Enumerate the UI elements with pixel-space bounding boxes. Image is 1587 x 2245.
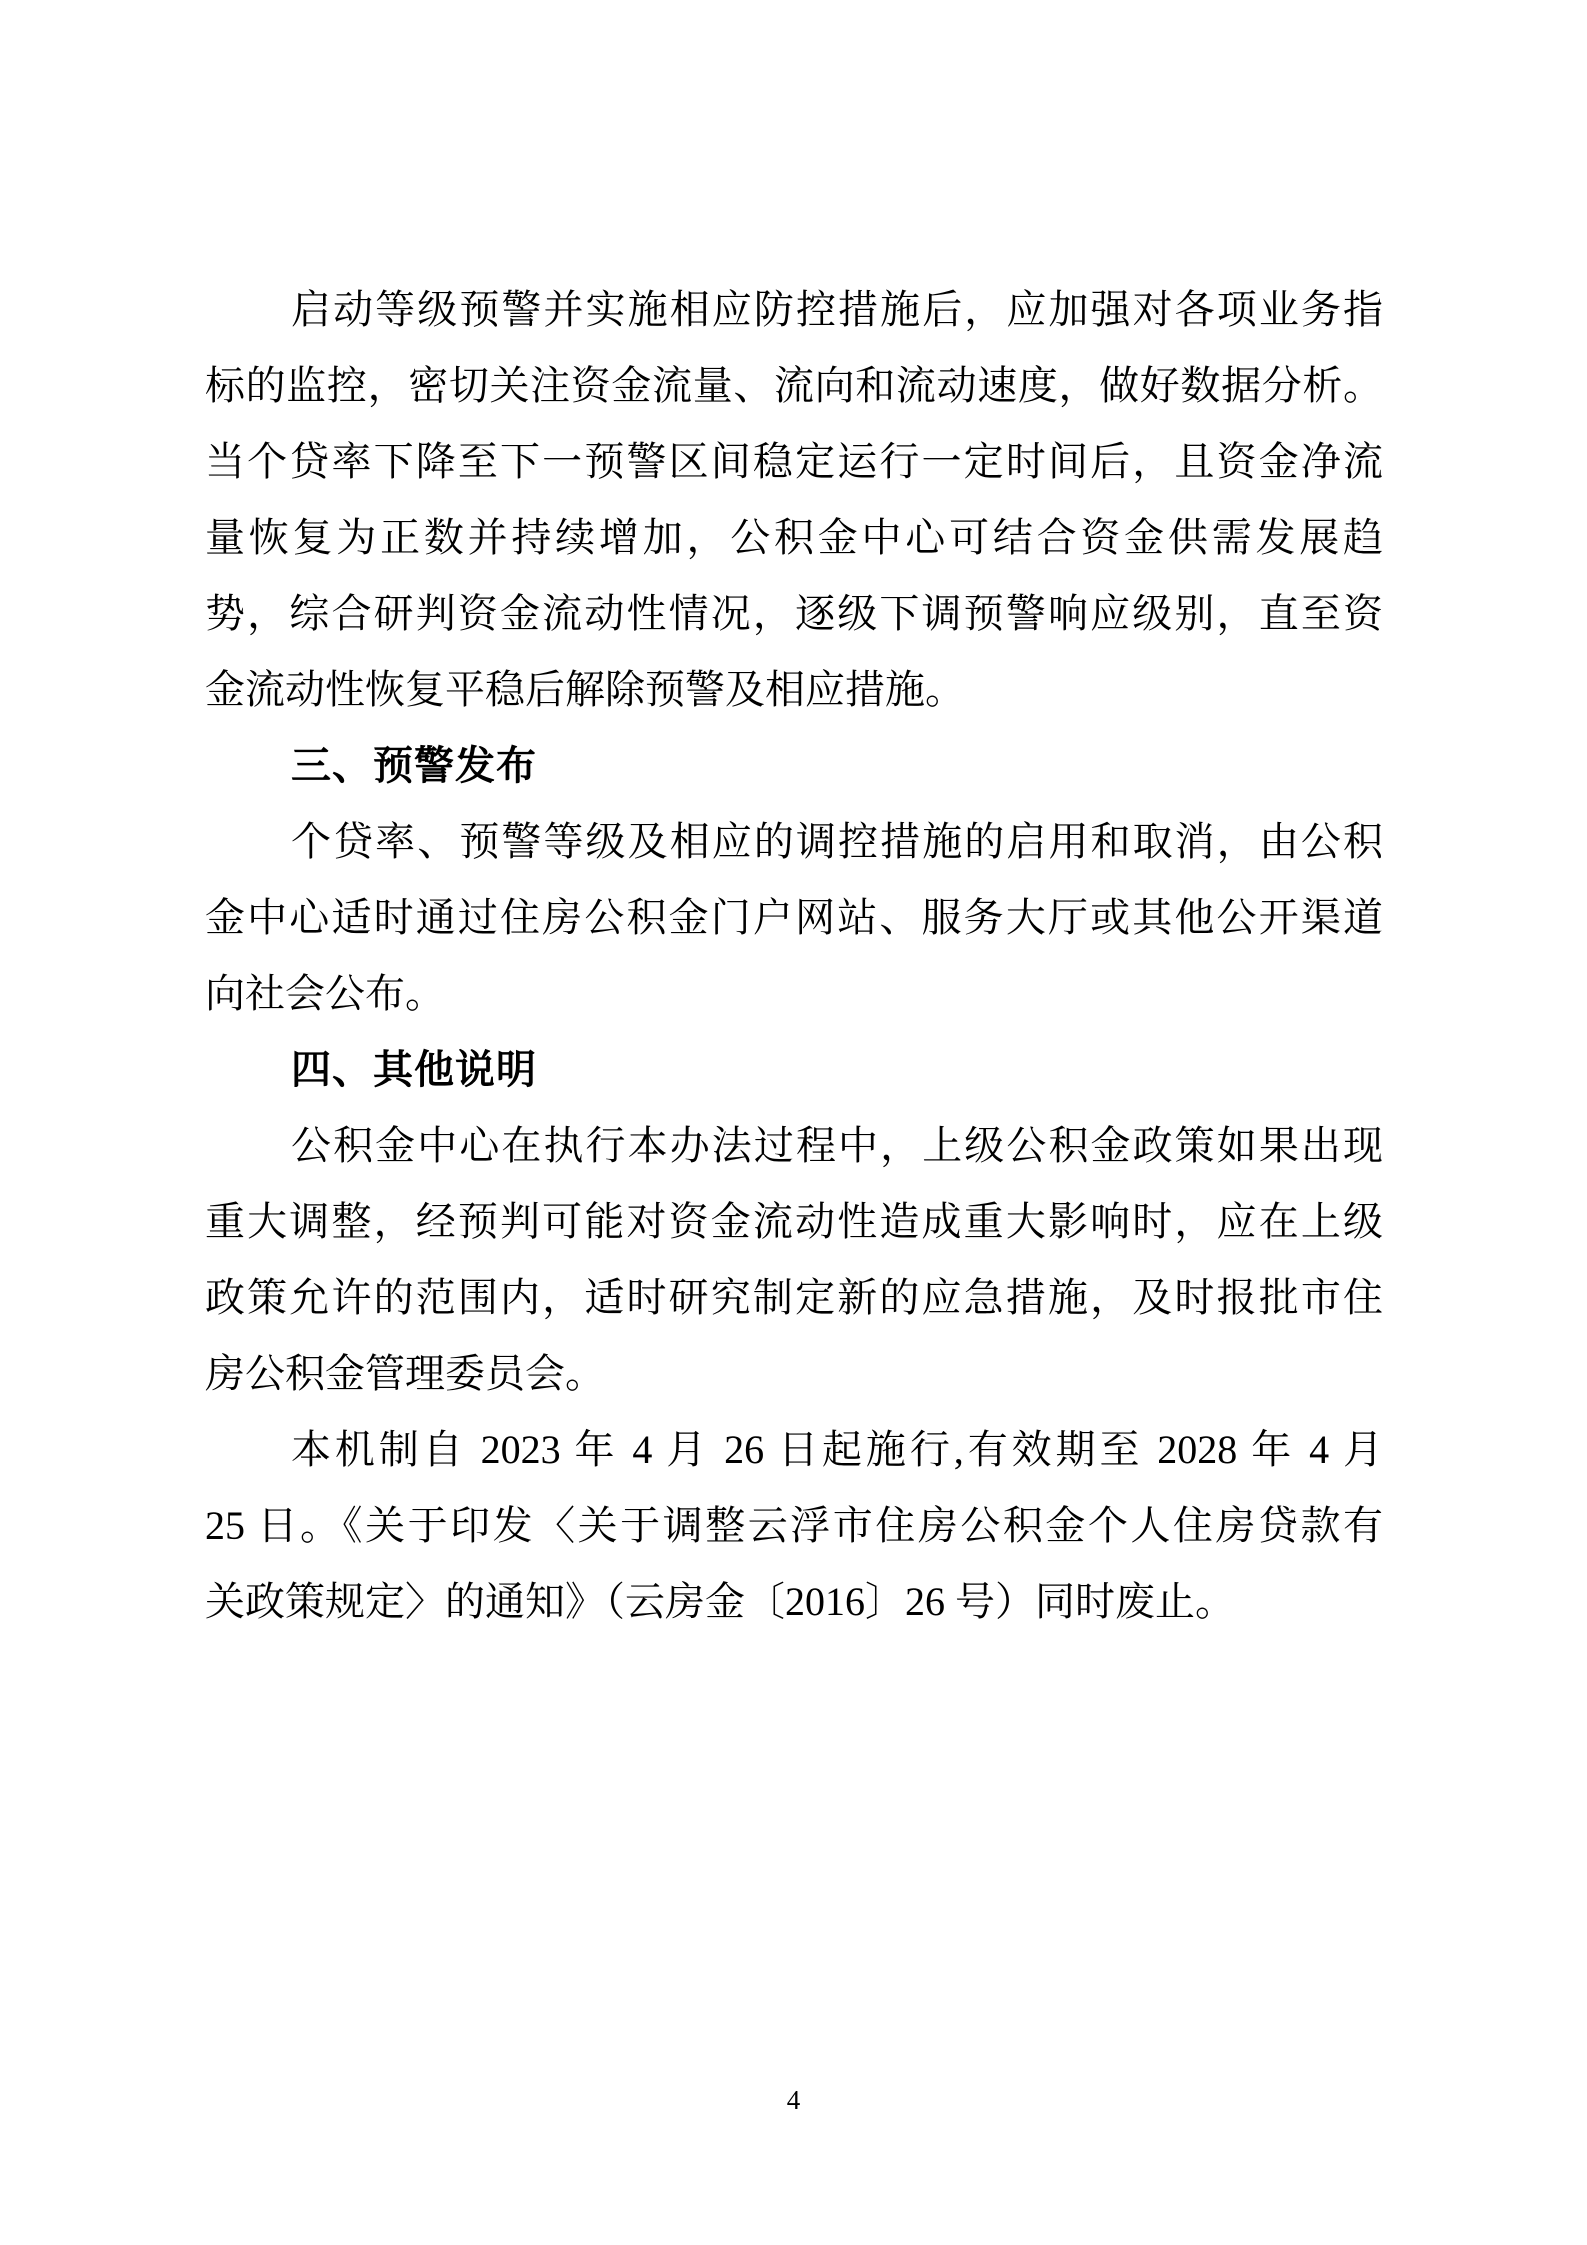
paragraph-line: 势，综合研判资金流动性情况，逐级下调预警响应级别，直至资 — [205, 576, 1383, 652]
paragraph-line: 当个贷率下降至下一预警区间稳定运行一定时间后，且资金净流 — [205, 424, 1383, 500]
section-heading-4: 四、其他说明 — [205, 1032, 1383, 1108]
paragraph-line: 本机制自 2023 年 4 月 26 日起施行,有效期至 2028 年 4 月 — [205, 1412, 1383, 1488]
paragraph-line: 房公积金管理委员会。 — [205, 1336, 1383, 1412]
paragraph-line: 25 日。《关于印发〈关于调整云浮市住房公积金个人住房贷款有 — [205, 1488, 1383, 1564]
document-page: 启动等级预警并实施相应防控措施后，应加强对各项业务指 标的监控，密切关注资金流量… — [0, 0, 1587, 2245]
paragraph-line: 标的监控，密切关注资金流量、流向和流动速度，做好数据分析。 — [205, 348, 1383, 424]
paragraph-line: 启动等级预警并实施相应防控措施后，应加强对各项业务指 — [205, 272, 1383, 348]
page-number: 4 — [0, 2082, 1587, 2118]
paragraph-line: 公积金中心在执行本办法过程中，上级公积金政策如果出现 — [205, 1108, 1383, 1184]
paragraph-line: 量恢复为正数并持续增加，公积金中心可结合资金供需发展趋 — [205, 500, 1383, 576]
paragraph-line: 个贷率、预警等级及相应的调控措施的启用和取消，由公积 — [205, 804, 1383, 880]
paragraph-line: 重大调整，经预判可能对资金流动性造成重大影响时，应在上级 — [205, 1184, 1383, 1260]
paragraph-line: 关政策规定〉的通知》（云房金〔2016〕26 号）同时废止。 — [205, 1564, 1383, 1640]
paragraph-line: 金中心适时通过住房公积金门户网站、服务大厅或其他公开渠道 — [205, 880, 1383, 956]
paragraph-line: 政策允许的范围内，适时研究制定新的应急措施，及时报批市住 — [205, 1260, 1383, 1336]
section-heading-3: 三、预警发布 — [205, 728, 1383, 804]
paragraph-line: 金流动性恢复平稳后解除预警及相应措施。 — [205, 652, 1383, 728]
paragraph-line: 向社会公布。 — [205, 956, 1383, 1032]
document-body: 启动等级预警并实施相应防控措施后，应加强对各项业务指 标的监控，密切关注资金流量… — [205, 272, 1383, 1640]
